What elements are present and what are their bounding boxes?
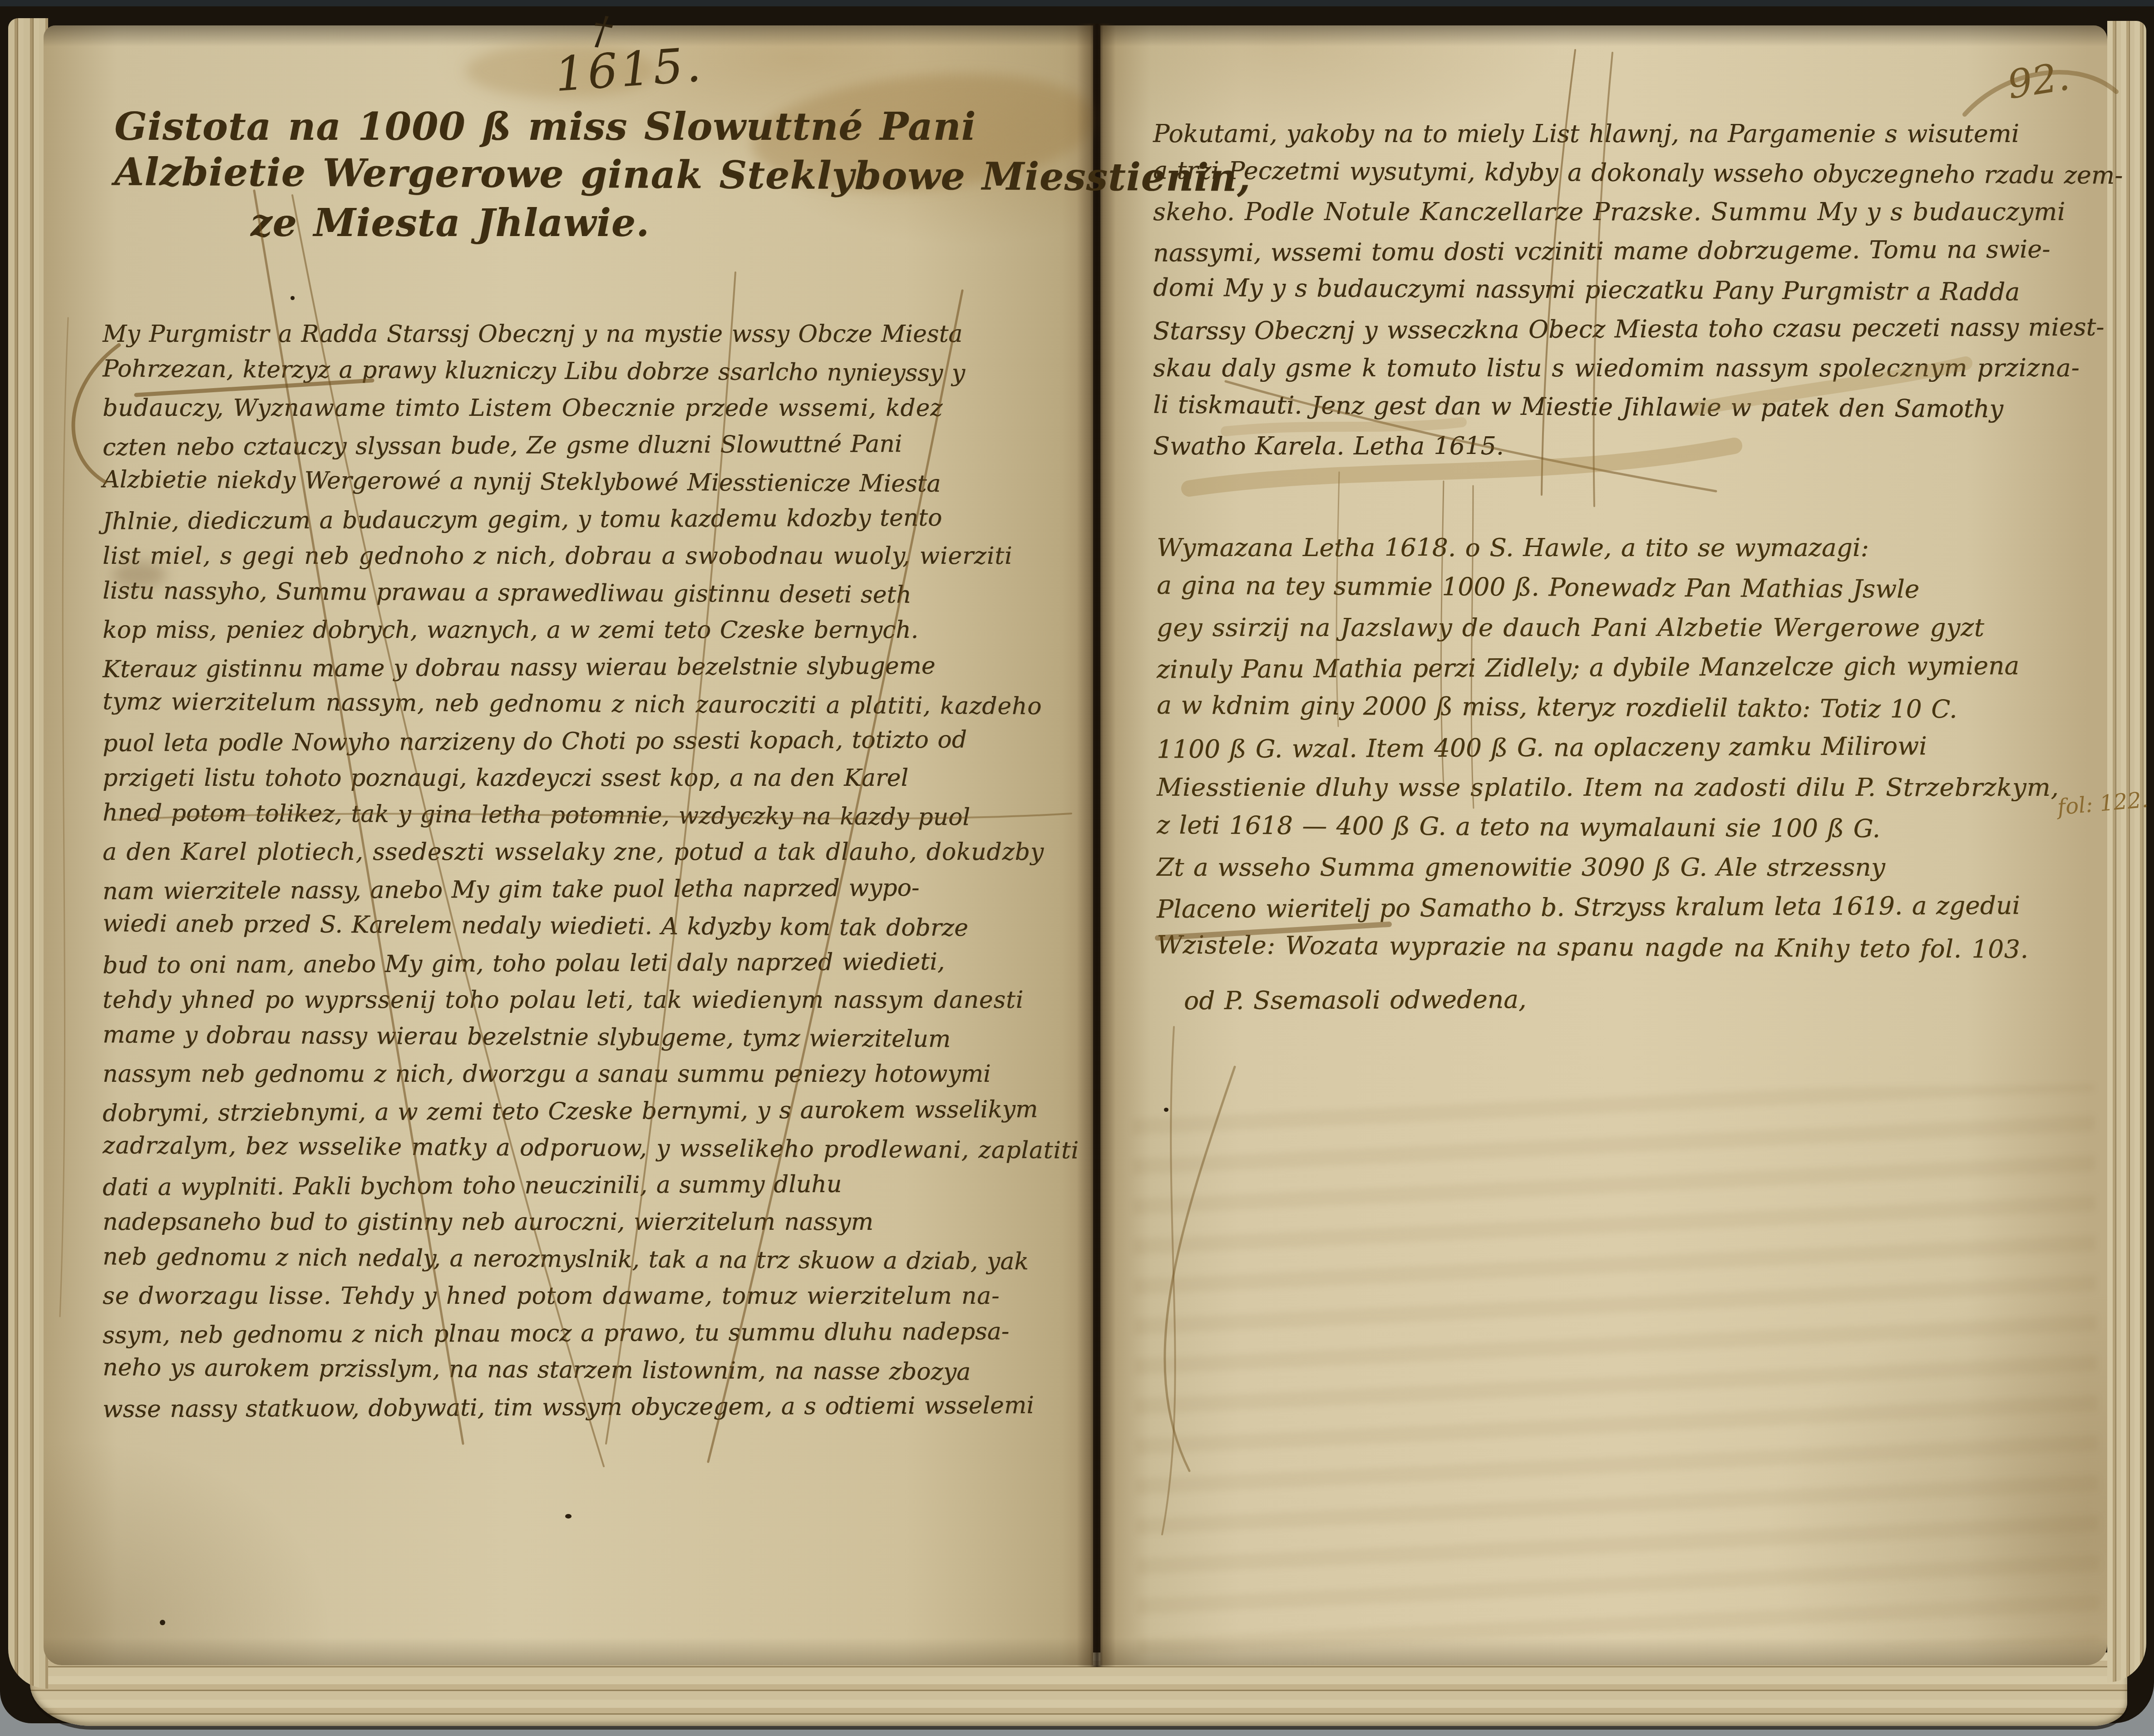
manuscript-line: Jhlnie, diediczum a budauczym gegim, y t… — [103, 499, 1079, 540]
ink-speck — [1164, 1108, 1168, 1112]
erasure-note-paragraph: Wymazana Letha 1618. o S. Hawle, a tito … — [1157, 528, 2059, 1019]
manuscript-line: wiedi aneb przed S. Karelem nedaly wiedi… — [103, 905, 1079, 947]
manuscript-line: z leti 1618 — 400 ß G. a teto na wymalau… — [1157, 805, 2059, 849]
manuscript-line: Starssy Obecznj y wsseczkna Obecz Miesta… — [1153, 307, 2123, 350]
manuscript-line: Placeno wieritelj po Samatho b. Strzyss … — [1157, 885, 2059, 929]
manuscript-line: a trzi Peczetmi wysutymi, kdyby a dokona… — [1153, 151, 2123, 195]
manuscript-line: nam wierzitele nassy, anebo My gim take … — [103, 869, 1079, 910]
manuscript-line: 1100 ß G. wzal. Item 400 ß G. na oplacze… — [1157, 725, 2059, 769]
manuscript-line: Wymazana Letha 1618. o S. Hawle, a tito … — [1157, 528, 2059, 567]
manuscript-line: Zt a wsseho Summa gmenowitie 3090 ß G. A… — [1157, 847, 2059, 887]
manuscript-line: neb gednomu z nich nedaly, a nerozmyslni… — [103, 1238, 1079, 1281]
manuscript-line: hned potom tolikez, tak y gina letha pot… — [103, 794, 1079, 837]
manuscript-line: Swatho Karela. Letha 1615. — [1153, 427, 2123, 466]
manuscript-line: skau daly gsme k tomuto listu s wiedomim… — [1153, 349, 2123, 388]
ink-speck — [565, 1514, 572, 1519]
manuscript-line: My Purgmistr a Radda Starssj Obecznj y n… — [103, 316, 1079, 353]
manuscript-line: se dworzagu lisse. Tehdy y hned potom da… — [103, 1278, 1079, 1315]
manuscript-line: dati a wyplniti. Pakli bychom toho neucz… — [103, 1165, 1079, 1206]
manuscript-line: Alzbietie niekdy Wergerowé a nynij Stekl… — [103, 461, 1079, 503]
manuscript-line: czten nebo cztauczy slyssan bude, Ze gsm… — [103, 425, 1079, 466]
manuscript-line: budauczy, Wyznawame timto Listem Obeczni… — [103, 390, 1079, 427]
book-gutter-shadow — [1077, 24, 1116, 1667]
manuscript-line: od P. Ssemasoli odwedena, — [1184, 977, 2059, 1021]
year-mark-1615: 1615. — [553, 37, 705, 103]
manuscript-line: Pokutami, yakoby na to miely List hlawnj… — [1153, 114, 2123, 153]
manuscript-line: przigeti listu tohoto poznaugi, kazdeycz… — [103, 760, 1079, 797]
manuscript-line: nadepsaneho bud to gistinny neb auroczni… — [103, 1204, 1079, 1241]
folio-number: 92. — [2004, 54, 2073, 108]
manuscript-line: zadrzalym, bez wsselike matky a odporuow… — [103, 1127, 1079, 1169]
manuscript-line: bud to oni nam, anebo My gim, toho polau… — [103, 943, 1079, 984]
document-heading: Gistota na 1000 ß miss Slowuttné PaniAlz… — [114, 103, 1251, 247]
manuscript-line: li tiskmauti. Jenz gest dan w Miestie Ji… — [1153, 385, 2123, 429]
manuscript-line: kop miss, peniez dobrych, waznych, a w z… — [103, 612, 1079, 649]
manuscript-line: list miel, s gegi neb gednoho z nich, do… — [103, 538, 1079, 575]
manuscript-line: Pohrzezan, kterzyz a prawy kluzniczy Lib… — [103, 350, 1079, 393]
manuscript-line: neho ys aurokem przisslym, na nas starze… — [103, 1349, 1079, 1391]
manuscript-line: dobrymi, strziebnymi, a w zemi teto Czes… — [103, 1091, 1079, 1132]
left-page-body-text: My Purgmistr a Radda Starssj Obecznj y n… — [103, 316, 1079, 1426]
manuscript-line: Kterauz gistinnu mame y dobrau nassy wie… — [103, 647, 1079, 688]
manuscript-line: Wzistele: Wozata wyprazie na spanu nagde… — [1157, 925, 2059, 969]
manuscript-line: wsse nassy statkuow, dobywati, tim wssym… — [103, 1387, 1079, 1428]
heading-line: ze Miesta Jhlawie. — [251, 199, 1251, 247]
manuscript-line: a w kdnim giny 2000 ß miss, kteryz rozdi… — [1157, 685, 2059, 730]
manuscript-line: tehdy yhned po wyprssenij toho polau let… — [103, 982, 1079, 1019]
manuscript-scan: † 1615. Gistota na 1000 ß miss Slowuttné… — [0, 0, 2154, 1736]
manuscript-line: domi My y s budauczymi nassymi pieczatku… — [1153, 268, 2123, 312]
manuscript-line: ssym, neb gednomu z nich plnau mocz a pr… — [103, 1313, 1079, 1354]
manuscript-line: nassym neb gednomu z nich, dworzgu a san… — [103, 1056, 1079, 1093]
heading-line: Alzbietie Wergerowe ginak Steklybowe Mie… — [114, 148, 1251, 202]
manuscript-line: mame y dobrau nassy wierau bezelstnie sl… — [103, 1016, 1079, 1059]
ink-bleedthrough — [1132, 1085, 2100, 1653]
manuscript-line: Miesstienie dluhy wsse splatilo. Item na… — [1157, 767, 2059, 807]
ink-speck — [291, 296, 295, 300]
right-page-paragraph-1: Pokutami, yakoby na to miely List hlawnj… — [1153, 114, 2123, 466]
manuscript-line: a gina na tey summie 1000 ß. Ponewadz Pa… — [1157, 565, 2059, 610]
manuscript-line: a den Karel plotiech, ssedeszti wsselaky… — [103, 834, 1079, 871]
heading-line: Gistota na 1000 ß miss Slowuttné Pani — [114, 103, 1251, 151]
manuscript-line: gey ssirzij na Jazslawy de dauch Pani Al… — [1157, 607, 2059, 647]
manuscript-line: skeho. Podle Notule Kanczellarze Prazske… — [1153, 192, 2123, 232]
manuscript-line: listu nassyho, Summu prawau a sprawedliw… — [103, 572, 1079, 615]
manuscript-line: zinuly Panu Mathia perzi Zidlely; a dybi… — [1157, 646, 2059, 690]
manuscript-line: tymz wierzitelum nassym, neb gednomu z n… — [103, 683, 1079, 725]
ink-speck — [160, 1620, 165, 1625]
page-stack-left-edge — [8, 18, 48, 1689]
manuscript-line: puol leta podle Nowyho narzizeny do Chot… — [103, 721, 1079, 762]
manuscript-line: nassymi, wssemi tomu dosti vcziniti mame… — [1153, 229, 2123, 272]
